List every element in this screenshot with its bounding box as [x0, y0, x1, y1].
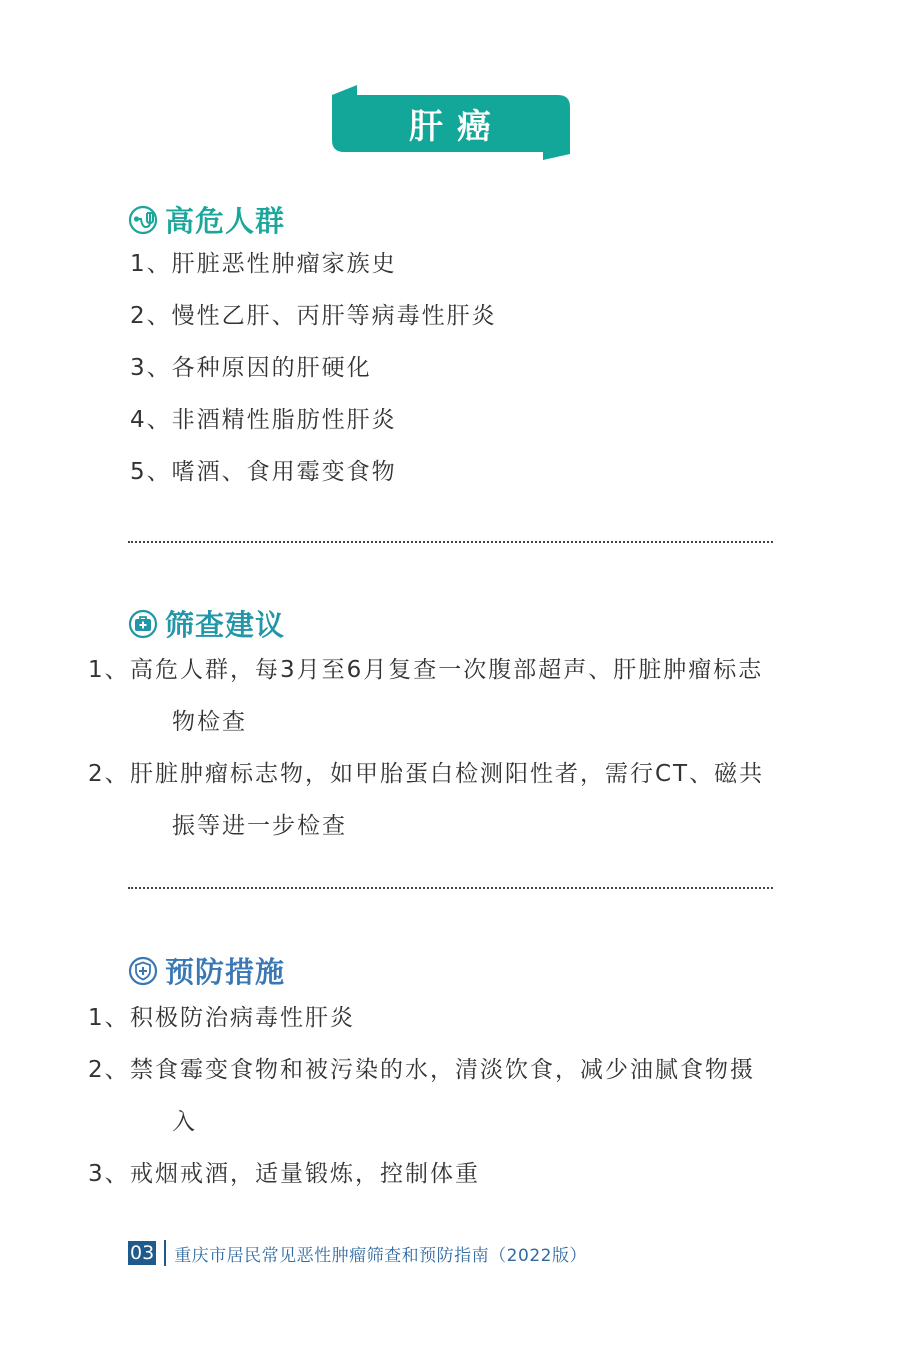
prevention-list: 1、积极防治病毒性肝炎 2、禁食霉变食物和被污染的水，清淡饮食，减少油腻食物摄入…	[130, 992, 775, 1200]
section-header-high-risk: 高危人群	[128, 199, 285, 240]
list-item: 1、肝脏恶性肿瘤家族史	[130, 238, 775, 290]
list-item: 2、慢性乙肝、丙肝等病毒性肝炎	[130, 290, 775, 342]
list-item: 5、嗜酒、食用霉变食物	[130, 446, 775, 498]
shield-cross-icon	[128, 956, 158, 986]
screening-list: 1、高危人群，每3月至6月复查一次腹部超声、肝脏肿瘤标志物检查 2、肝脏肿瘤标志…	[130, 644, 775, 852]
page-title: 肝癌	[330, 95, 570, 152]
list-item: 3、各种原因的肝硬化	[130, 342, 775, 394]
list-item: 3、戒烟戒酒，适量锻炼，控制体重	[130, 1148, 775, 1200]
medical-kit-icon	[128, 609, 158, 639]
title-banner: 肝癌	[330, 84, 572, 162]
page-number: 03	[128, 1241, 156, 1265]
section-title: 预防措施	[165, 950, 285, 991]
stethoscope-icon	[128, 205, 158, 235]
section-header-prevention: 预防措施	[128, 950, 285, 991]
dotted-divider	[128, 887, 773, 889]
list-item: 4、非酒精性脂肪性肝炎	[130, 394, 775, 446]
list-item: 2、禁食霉变食物和被污染的水，清淡饮食，减少油腻食物摄入	[130, 1044, 775, 1148]
footer-separator	[164, 1240, 166, 1266]
list-item: 1、积极防治病毒性肝炎	[130, 992, 775, 1044]
list-item: 1、高危人群，每3月至6月复查一次腹部超声、肝脏肿瘤标志物检查	[130, 644, 775, 748]
document-title: 重庆市居民常见恶性肿瘤筛查和预防指南（2022版）	[174, 1241, 587, 1266]
section-header-screening: 筛查建议	[128, 603, 285, 644]
section-title: 高危人群	[165, 199, 285, 240]
section-title: 筛查建议	[165, 603, 285, 644]
high-risk-list: 1、肝脏恶性肿瘤家族史 2、慢性乙肝、丙肝等病毒性肝炎 3、各种原因的肝硬化 4…	[130, 238, 775, 498]
dotted-divider	[128, 541, 773, 543]
page-footer: 03 重庆市居民常见恶性肿瘤筛查和预防指南（2022版）	[128, 1240, 587, 1266]
list-item: 2、肝脏肿瘤标志物，如甲胎蛋白检测阳性者，需行CT、磁共振等进一步检查	[130, 748, 775, 852]
